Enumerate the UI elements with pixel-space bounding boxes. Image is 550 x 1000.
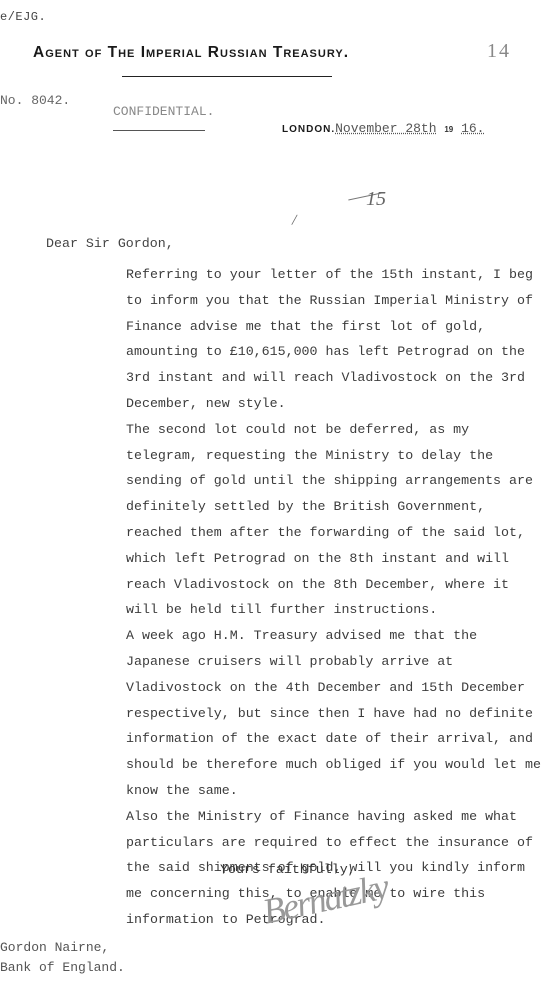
paragraph-3: A week ago H.M. Treasury advised me that… xyxy=(46,623,546,804)
handwritten-annotation: 15 xyxy=(366,188,386,211)
year-suffix: 16. xyxy=(461,121,484,136)
year-prefix: 19 xyxy=(444,125,453,134)
page-number: 14 xyxy=(487,40,511,63)
addressee: Gordon Nairne, Bank of England. xyxy=(0,938,125,978)
file-reference: e/EJG. xyxy=(0,10,46,24)
letterhead-title: Agent of The Imperial Russian Treasury. xyxy=(33,44,349,62)
date: November 28th xyxy=(335,121,436,136)
reference-number: No. 8042. xyxy=(0,93,70,108)
salutation: Dear Sir Gordon, xyxy=(46,236,174,251)
paragraph-2: The second lot could not be deferred, as… xyxy=(46,417,546,623)
letter-body: Referring to your letter of the 15th ins… xyxy=(46,262,546,933)
addressee-org: Bank of England. xyxy=(0,958,125,978)
date-line: LONDON.November 28th 19 16. xyxy=(282,121,484,136)
place: LONDON. xyxy=(282,124,335,135)
confidential-underline xyxy=(113,130,205,131)
handwritten-mark: / xyxy=(290,212,298,230)
addressee-name: Gordon Nairne, xyxy=(0,938,125,958)
confidential-stamp: CONFIDENTIAL. xyxy=(113,104,214,119)
paragraph-1: Referring to your letter of the 15th ins… xyxy=(46,262,546,417)
letterhead-underline xyxy=(122,76,332,77)
